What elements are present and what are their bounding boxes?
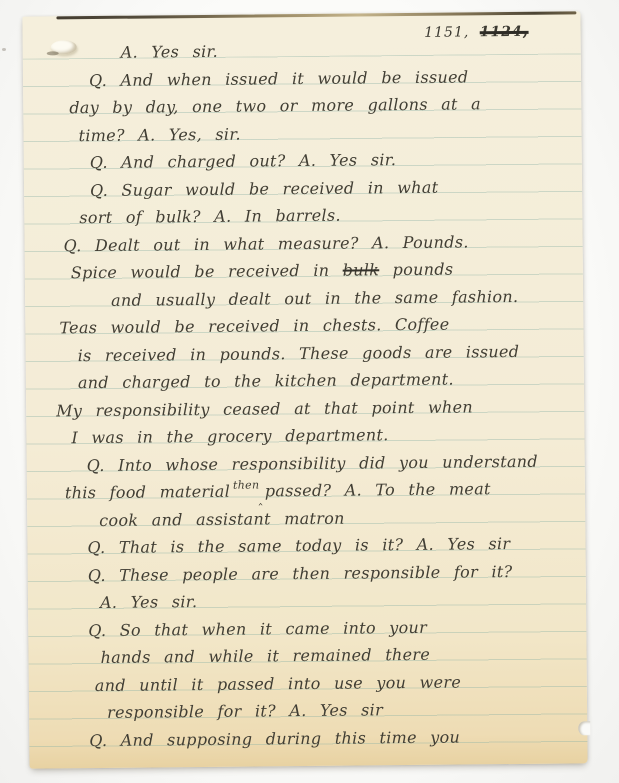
struck-word: bulk xyxy=(343,260,380,279)
inserted-word: then xyxy=(233,471,260,499)
handwritten-line: A. Yes sir. xyxy=(121,34,581,66)
line-text: A. Yes sir. xyxy=(121,42,218,62)
line-text: this food material xyxy=(65,482,230,503)
line-text: cook and assistant matron xyxy=(99,508,345,529)
line-text: Q. These people are then responsible for… xyxy=(88,562,513,585)
line-text: responsible for it? A. Yes sir xyxy=(107,700,383,722)
paper-sheet: 1151, 1124, A. Yes sir.Q. And when issue… xyxy=(22,11,587,768)
document-lines: A. Yes sir.Q. And when issued it would b… xyxy=(23,34,588,768)
line-text: Q. Dealt out in what measure? A. Pounds. xyxy=(64,232,469,255)
line-text: pounds xyxy=(379,260,453,280)
line-text: Q. That is the same today is it? A. Yes … xyxy=(87,534,510,557)
line-text: hands and while it remained there xyxy=(100,645,430,667)
line-text: Q. Sugar would be received in what xyxy=(90,177,438,199)
line-text: A. Yes sir. xyxy=(100,592,197,612)
handwritten-line: Q. Into whose responsibility did you und… xyxy=(87,447,585,479)
background-speck xyxy=(2,48,6,51)
line-text: Q. And charged out? A. Yes sir. xyxy=(90,150,397,172)
line-text: is received in pounds. These goods are i… xyxy=(78,341,520,364)
scanned-document-page: 1151, 1124, A. Yes sir.Q. And when issue… xyxy=(0,0,619,783)
handwritten-line: Q. These people are then responsible for… xyxy=(88,557,586,589)
line-text: I was in the grocery department. xyxy=(71,425,388,447)
line-text: and charged to the kitchen department. xyxy=(78,370,454,393)
insertion-caret: ‸ xyxy=(258,485,263,513)
line-text: and until it passed into use you were xyxy=(95,672,461,695)
paper-top-edge xyxy=(56,11,576,19)
line-text: time? A. Yes, sir. xyxy=(78,124,240,145)
line-text: Spice would be received in xyxy=(71,261,343,283)
line-text: sort of bulk? A. In barrels. xyxy=(79,206,341,228)
handwritten-line: is received in pounds. These goods are i… xyxy=(78,337,584,369)
line-text: and usually dealt out in the same fashio… xyxy=(111,286,518,309)
line-text: Q. So that when it came into your xyxy=(88,617,427,639)
line-text: passed? A. To the meat xyxy=(265,479,491,500)
handwritten-line: and usually dealt out in the same fashio… xyxy=(111,282,583,314)
line-text: Q. And when issued it would be issued xyxy=(89,67,469,90)
line-text: day by day, one two or more gallons at a xyxy=(69,94,481,117)
line-text: Q. And supposing during this time you xyxy=(89,727,460,750)
handwritten-line: Q. And supposing during this time you xyxy=(89,722,587,754)
line-text: My responsibility ceased at that point w… xyxy=(56,397,473,420)
line-text: Teas would be received in chests. Coffee xyxy=(59,315,449,338)
line-text: Q. Into whose responsibility did you und… xyxy=(87,451,538,474)
